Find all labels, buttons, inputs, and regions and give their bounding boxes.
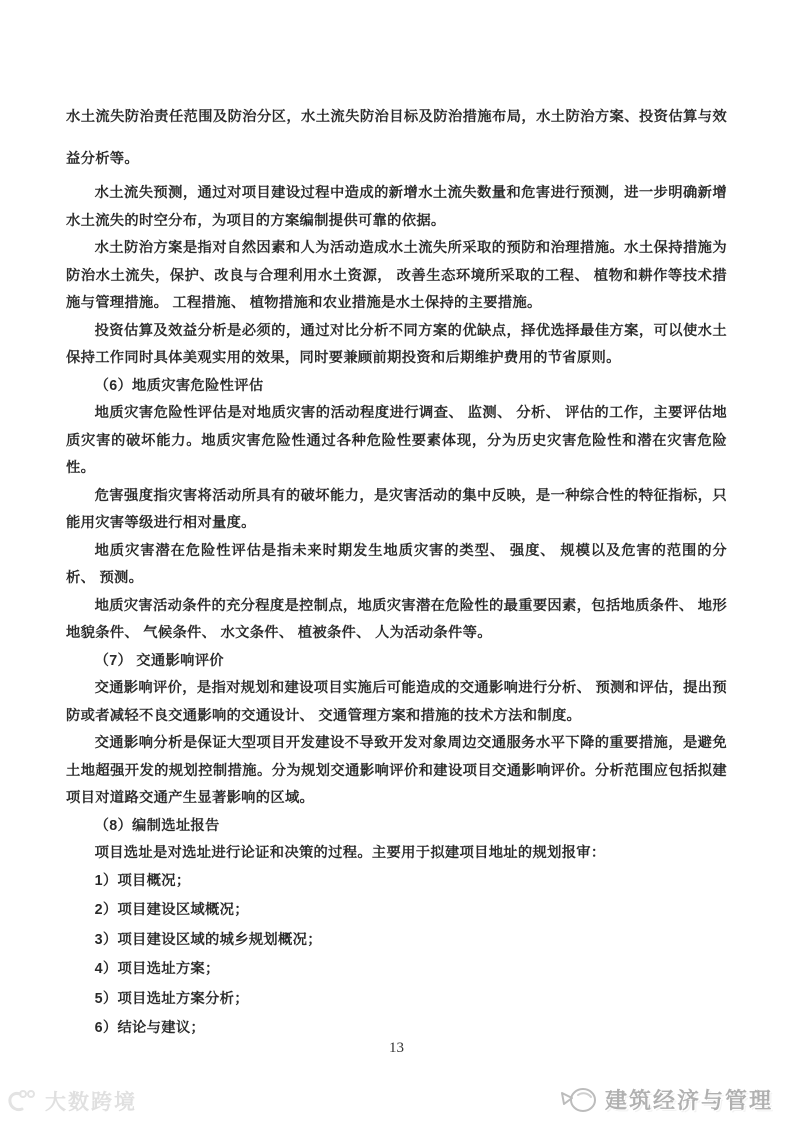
brand-mascot-icon [558,1085,598,1115]
list-item-3-urban-rural-planning-overview: 3）项目建设区域的城乡规划概况； [66,927,727,955]
paragraph-site-selection-intro: 项目选址是对选址进行论证和决策的过程。主要用于拟建项目地址的规划报审： [66,840,727,868]
paragraph-potential-hazard-assessment: 地质灾害潜在危险性评估是指未来时期发生地质灾害的类型、 强度、 规模以及危害的范… [66,538,727,593]
list-item-5-site-selection-analysis: 5）项目选址方案分析； [66,986,727,1014]
list-item-6-conclusion-suggestions: 6）结论与建议； [66,1015,727,1043]
section-heading-8-site-selection-report: （8）编制选址报告 [66,813,727,841]
list-item-2-construction-area-overview: 2）项目建设区域概况； [66,897,727,925]
section-heading-7-traffic-impact: （7） 交通影响评价 [66,648,727,676]
brand-text: 建筑经济与管理 [605,1084,773,1115]
brand-logo: 建筑经济与管理 [558,1084,773,1115]
list-item-1-project-overview: 1）项目概况； [66,868,727,896]
dashukuajing-logo-icon [6,1088,40,1114]
document-page: 水土流失防治责任范围及防治分区，水土流失防治目标及防治措施布局，水土防治方案、投… [0,0,793,1122]
watermark-text: 大数跨境 [45,1086,137,1116]
paragraph-traffic-impact-analysis: 交通影响分析是保证大型项目开发建设不导致开发对象周边交通服务水平下降的重要措施，… [66,730,727,813]
paragraph-traffic-impact-evaluation: 交通影响评价，是指对规划和建设项目实施后可能造成的交通影响进行分析、 预测和评估… [66,675,727,730]
section-heading-6-geological-hazard: （6）地质灾害危险性评估 [66,373,727,401]
watermark: 大数跨境 [6,1086,137,1116]
paragraph-soil-erosion-forecast: 水土流失预测，通过对项目建设过程中造成的新增水土流失数量和危害进行预测，进一步明… [66,180,727,235]
page-number: 13 [0,1040,793,1057]
paragraph-hazard-activity-conditions: 地质灾害活动条件的充分程度是控制点，地质灾害潜在危险性的最重要因素，包括地质条件… [66,593,727,648]
paragraph-geological-hazard-assessment: 地质灾害危险性评估是对地质灾害的活动程度进行调查、 监测、 分析、 评估的工作，… [66,400,727,483]
document-body: 水土流失防治责任范围及防治分区，水土流失防治目标及防治措施布局，水土防治方案、投… [66,96,727,1045]
list-item-4-site-selection-scheme: 4）项目选址方案； [66,956,727,984]
paragraph-hazard-intensity: 危害强度指灾害将活动所具有的破坏能力，是灾害活动的集中反映，是一种综合性的特征指… [66,483,727,538]
paragraph-investment-benefit-analysis: 投资估算及效益分析是必须的，通过对比分析不同方案的优缺点，择优选择最佳方案，可以… [66,318,727,373]
paragraph-soil-erosion-scheme-continued: 水土流失防治责任范围及防治分区，水土流失防治目标及防治措施布局，水土防治方案、投… [66,96,727,180]
paragraph-soil-control-scheme: 水土防治方案是指对自然因素和人为活动造成水土流失所采取的预防和治理措施。水土保持… [66,235,727,318]
